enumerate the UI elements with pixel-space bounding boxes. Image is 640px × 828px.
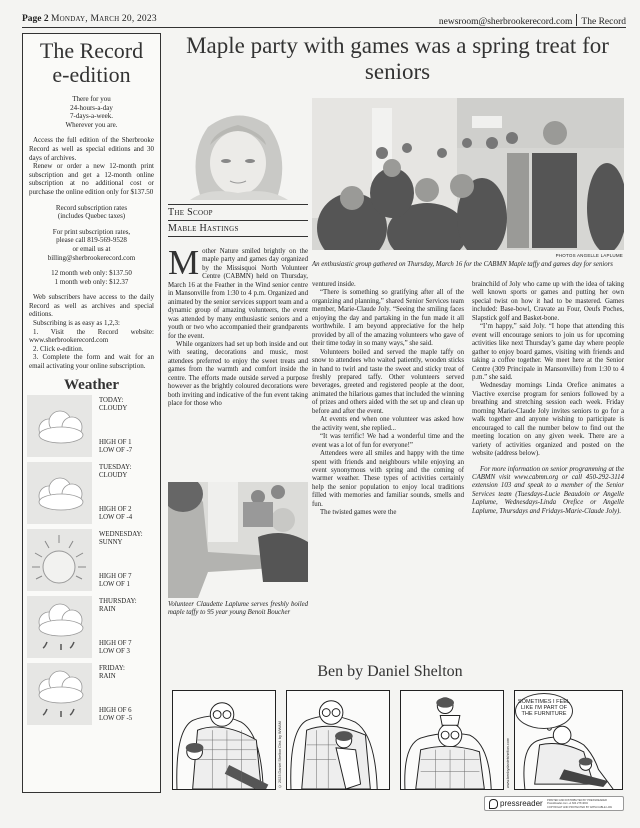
comic-copyright: © 2023 Daniel Shelton Dist. by WWAM	[278, 698, 282, 788]
volunteer-photo	[168, 482, 308, 598]
rain-icon	[27, 663, 92, 725]
newsroom-email[interactable]: newsroom@sherbrookerecord.com	[439, 17, 573, 27]
tagline-line: 24-hours-a-day	[29, 104, 154, 113]
weather-day: Tuesday:	[99, 464, 161, 472]
sidebar-title: The Record e-edition	[29, 39, 154, 87]
pressreader-badge[interactable]: pressreader PRINTED AND DISTRIBUTED BY P…	[484, 796, 624, 811]
print-rates-line: For print subscription rates,	[29, 228, 154, 237]
photo-credit: PHOTOS ANGELLE LAPLUME	[470, 253, 623, 258]
author-byline: Mable Hastings	[168, 220, 308, 237]
weather-day: Today:	[99, 397, 161, 405]
step-2: 2. Click e-edition.	[29, 345, 154, 354]
weather-low: Low of 1	[99, 581, 131, 589]
article-paragraph: Volunteers boiled and served the maple t…	[312, 349, 464, 417]
rates-heading: Record subscription rates (includes Queb…	[29, 204, 154, 221]
more-info-paragraph: For more information on senior programmi…	[472, 466, 624, 517]
cloud-icon	[27, 462, 92, 524]
phone-number: please call 819-569-9528	[29, 236, 154, 245]
article-paragraph: Wednesday mornings Linda Orefice animate…	[472, 382, 624, 458]
weather-condition: Sunny	[99, 539, 161, 547]
weather-day-today: Today: Cloudy High of 1Low of -7	[29, 395, 154, 460]
article-column-1: M other Nature smiled brightly on the ma…	[168, 248, 308, 409]
weather-condition: Rain	[99, 673, 161, 681]
pressreader-logo-icon	[489, 799, 498, 809]
fine-print-line: COPYRIGHT AND PROTECTED BY APPLICABLE LA…	[547, 806, 612, 809]
columnist-portrait	[168, 95, 308, 200]
publication-name: The Record	[581, 17, 626, 27]
article-paragraph: ventured inside.	[312, 281, 464, 289]
sun-icon	[27, 529, 92, 591]
web-rates: 12 month web only: $137.50 1 month web o…	[29, 269, 154, 286]
sidebar-title-line1: The Record	[29, 39, 154, 63]
rates-heading-line: Record subscription rates	[29, 204, 154, 213]
weather-day-friday: Friday: Rain High of 6Low of -5	[29, 663, 154, 728]
column-header: The Scoop Mable Hastings	[168, 204, 308, 237]
weather-high: High of 7	[99, 573, 131, 581]
column-name: The Scoop	[168, 204, 308, 220]
weather-text: Tuesday: Cloudy High of 2Low of -4	[99, 464, 161, 524]
steps-intro: Subscribing is as easy as 1,2,3:	[29, 319, 154, 328]
page-info: Page 2 Monday, March 20, 2023	[22, 14, 157, 24]
comic-website: www.benbydanielshelton.com	[506, 698, 510, 788]
weather-text: Thursday: Rain High of 7Low of 3	[99, 598, 161, 658]
article-paragraph: The twisted games were the	[312, 509, 464, 517]
weather-day-thursday: Thursday: Rain High of 7Low of 3	[29, 596, 154, 661]
sidebar-title-line2: e-edition	[29, 63, 154, 87]
article-paragraph: Attendees were all smiles and happy with…	[312, 450, 464, 509]
page-header: Page 2 Monday, March 20, 2023 newsroom@s…	[22, 12, 626, 28]
renew-paragraph: Renew or order a new 12-month print subs…	[29, 162, 154, 196]
article-paragraph: While organizers had set up both inside …	[168, 341, 308, 409]
weather-high: High of 2	[99, 506, 132, 514]
tagline-line: 7-days-a-week.	[29, 112, 154, 121]
web-paragraph: Web subscribers have access to the daily…	[29, 293, 154, 319]
weather-condition: Rain	[99, 606, 161, 614]
main-photo	[312, 98, 624, 250]
article-paragraph: brainchild of Joly who came up with the …	[472, 281, 624, 323]
volunteer-photo-caption: Volunteer Claudette Laplume serves fresh…	[168, 601, 308, 617]
weather-day-tuesday: Tuesday: Cloudy High of 2Low of -4	[29, 462, 154, 527]
pressreader-fine-print: PRINTED AND DISTRIBUTED BY PRESSREADER P…	[547, 799, 612, 809]
drop-cap: M	[168, 249, 199, 277]
weather-low: Low of -7	[99, 447, 132, 455]
web-rate-12-month: 12 month web only: $137.50	[29, 269, 154, 278]
divider	[576, 14, 577, 26]
article-paragraph: “It was terrific! We had a wonderful tim…	[312, 433, 464, 450]
access-paragraph: Access the full edition of the Sherbrook…	[29, 136, 154, 162]
comic-panel-3	[400, 690, 504, 790]
weather-day: Wednesday:	[99, 531, 161, 539]
article-paragraph: “There is something so gratifying after …	[312, 289, 464, 348]
weather-high: High of 1	[99, 439, 132, 447]
weather-day: Friday:	[99, 665, 161, 673]
comic-panel-1	[172, 690, 276, 790]
print-rates-line: or email us at	[29, 245, 154, 254]
weather-high: High of 7	[99, 640, 131, 648]
issue-date: Monday, March 20, 2023	[51, 14, 157, 24]
weather-low: Low of -4	[99, 514, 132, 522]
weather-high: High of 6	[99, 707, 132, 715]
weather-condition: Cloudy	[99, 405, 161, 413]
weather-text: Friday: Rain High of 6Low of -5	[99, 665, 161, 725]
weather-low: Low of -5	[99, 715, 132, 723]
tagline: There for you 24-hours-a-day 7-days-a-we…	[29, 95, 154, 129]
comic-speech-bubble: SOMETIMES I FEEL LIKE I'M PART OF THE FU…	[515, 693, 573, 729]
eedition-sidebar: The Record e-edition There for you 24-ho…	[22, 33, 161, 793]
weather-day: Thursday:	[99, 598, 161, 606]
step-3: 3. Complete the form and wait for an ema…	[29, 353, 154, 370]
article-headline: Maple party with games was a spring trea…	[170, 33, 625, 85]
web-rate-1-month: 1 month web only: $12.37	[29, 278, 154, 287]
publication-info: newsroom@sherbrookerecord.comThe Record	[439, 14, 626, 27]
weather-text: Today: Cloudy High of 1Low of -7	[99, 397, 161, 457]
tagline-line: Wherever you are.	[29, 121, 154, 130]
print-rates: For print subscription rates, please cal…	[29, 228, 154, 262]
article-column-3: brainchild of Joly who came up with the …	[472, 281, 624, 516]
weather-low: Low of 3	[99, 648, 131, 656]
rates-heading-line: (includes Quebec taxes)	[29, 212, 154, 221]
pressreader-name: pressreader	[500, 799, 543, 808]
weather-day-wednesday: Wednesday: Sunny High of 7Low of 1	[29, 529, 154, 594]
cloud-icon	[27, 395, 92, 457]
page-number: Page 2	[22, 14, 49, 24]
weather-condition: Cloudy	[99, 472, 161, 480]
article-paragraph: “I’m happy,” said Joly. “I hope that att…	[472, 323, 624, 382]
comic-panel-2	[286, 690, 390, 790]
weather-title: Weather	[29, 381, 154, 390]
weather-text: Wednesday: Sunny High of 7Low of 1	[99, 531, 161, 591]
article-column-2: ventured inside. “There is something so …	[312, 281, 464, 518]
tagline-line: There for you	[29, 95, 154, 104]
rain-icon	[27, 596, 92, 658]
step-1: 1. Visit the Record website: www.sherbro…	[29, 328, 154, 345]
article-paragraph: At events end when one volunteer was ask…	[312, 416, 464, 433]
billing-email[interactable]: billing@sherbrookerecord.com	[29, 254, 154, 263]
main-photo-caption: An enthusiastic group gathered on Thursd…	[312, 261, 624, 269]
comic-title: Ben by Daniel Shelton	[290, 663, 490, 681]
